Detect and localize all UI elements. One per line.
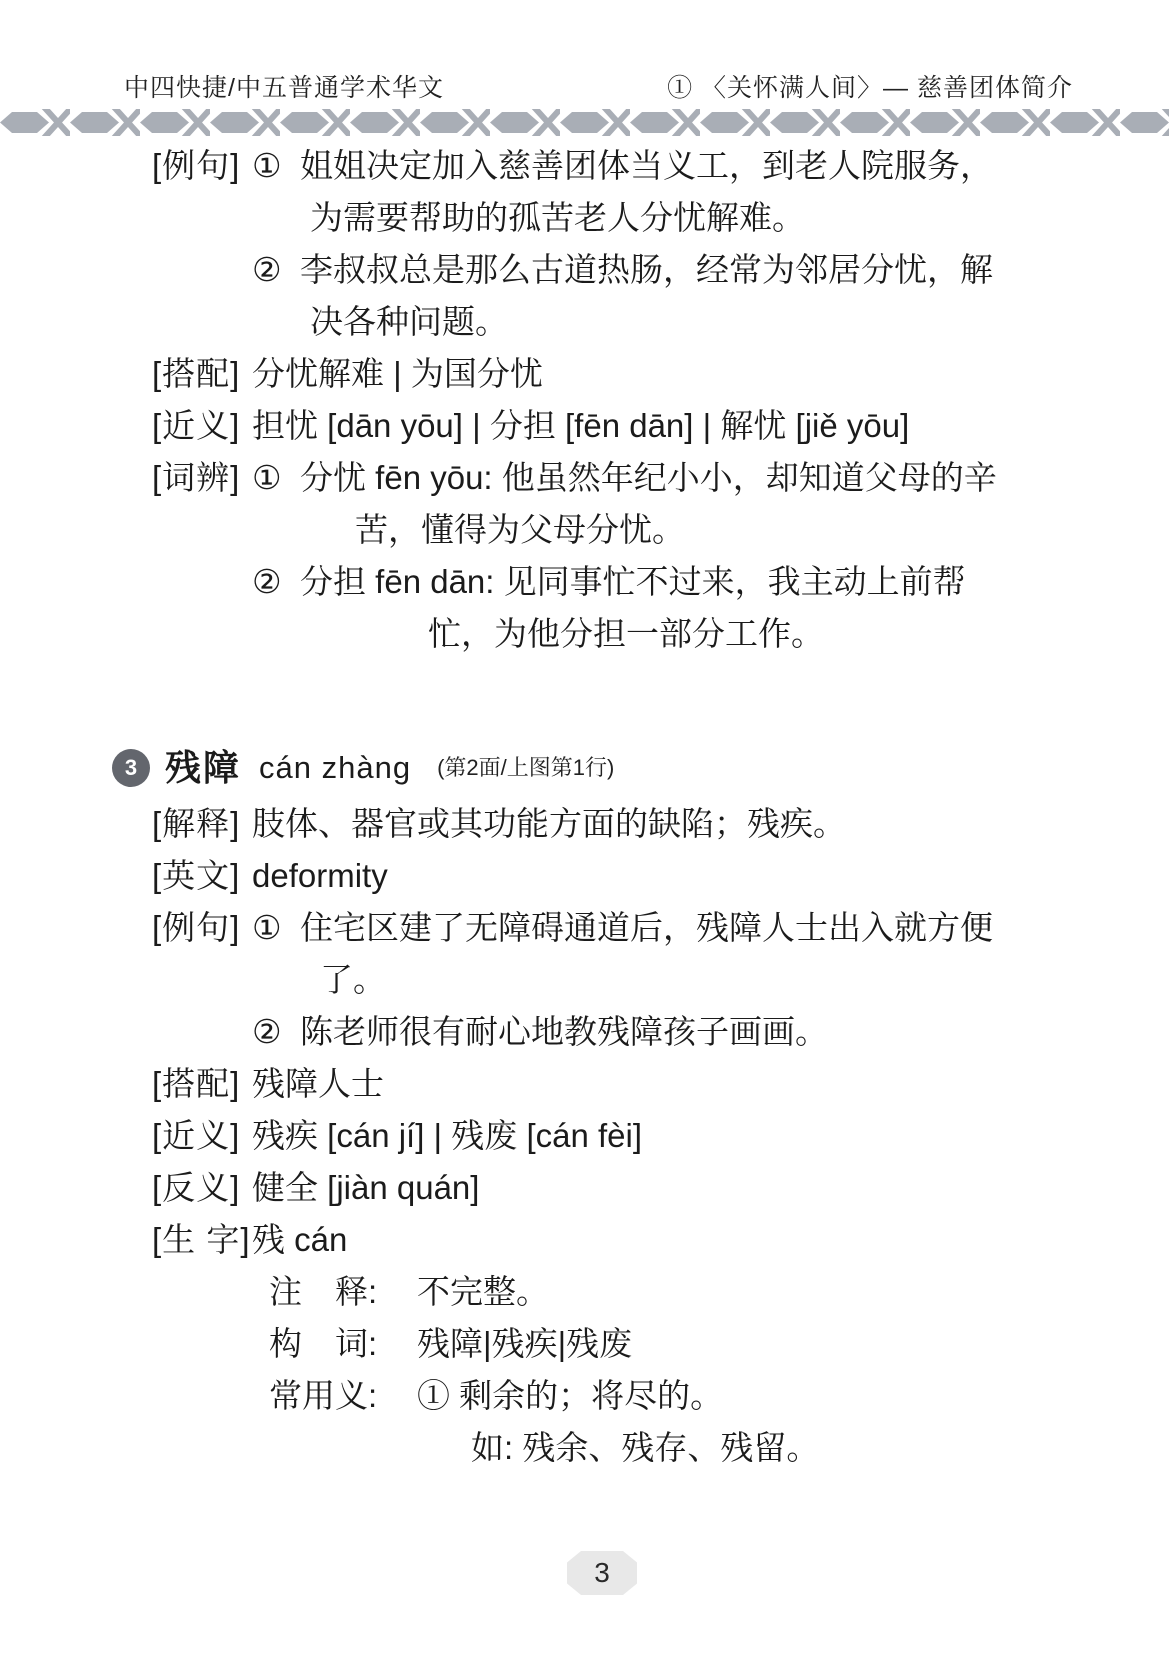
annotation-line: 注 释:不完整。 [152,1266,1109,1318]
field-label-antonym: [反义] [152,1162,252,1214]
antonym-text: 健全 [jiàn quán] [252,1169,479,1206]
item-marker: ① [252,902,300,954]
example-line: [例句]①住宅区建了无障碍通道后，残障人士出入就方便 [152,902,1109,954]
definition-text: 肢体、器官或其功能方面的缺陷；残疾。 [252,805,846,842]
header-chapter-title: ① 〈关怀满人间〉— 慈善团体简介 [667,68,1073,104]
item-marker: ① [252,452,300,504]
entry-number-badge: 3 [112,749,150,787]
new-character-line: [生 字]残 cán [152,1214,1109,1266]
page-number: 3 [594,1557,610,1589]
field-label-definition: [解释] [152,798,252,850]
item-marker: ② [252,1006,300,1058]
item-marker: ② [252,244,300,296]
english-text: deformity [252,857,388,894]
field-label-example: [例句] [152,140,252,192]
entry-heading: 3 残障 cán zhàng (第2面/上图第1行) [112,740,1109,796]
page-body: [例句]①姐姐决定加入慈善团体当义工，到老人院服务， 为需要帮助的孤苦老人分忧解… [152,140,1109,1474]
collocation-line: [搭配]残障人士 [152,1058,1109,1110]
synonym-line: [近义]担忧 [dān yōu] | 分担 [fēn dān] | 解忧 [ji… [152,400,1109,452]
example-line-cont: 决各种问题。 [152,296,1109,348]
discrimination-line-cont: 苦，懂得为父母分忧。 [152,504,1109,556]
chain-pattern-icon [0,109,1169,136]
field-label-example: [例句] [152,902,252,954]
discrimination-text: 分担 fēn dān: 见同事忙不过来，我主动上前帮 [300,563,966,600]
discrimination-text: 分忧 fēn yōu: 他虽然年纪小小，却知道父母的辛 [300,459,997,496]
discrimination-text: 苦，懂得为父母分忧。 [355,511,685,548]
discrimination-line: ②分担 fēn dān: 见同事忙不过来，我主动上前帮 [152,556,1109,608]
new-character-text: 残 cán [252,1221,347,1258]
field-label-collocation: [搭配] [152,1058,252,1110]
example-text: 住宅区建了无障碍通道后，残障人士出入就方便 [300,909,993,946]
definition-line: [解释]肢体、器官或其功能方面的缺陷；残疾。 [152,798,1109,850]
common-meaning-example-line: 如: 残余、残存、残留。 [152,1422,1109,1474]
example-line: [例句]①姐姐决定加入慈善团体当义工，到老人院服务， [152,140,1109,192]
word-formation-line: 构 词:残障|残疾|残废 [152,1318,1109,1370]
example-text: 李叔叔总是那么古道热肠，经常为邻居分忧，解 [300,251,993,288]
discrimination-line-cont: 忙，为他分担一部分工作。 [152,608,1109,660]
synonym-text: 担忧 [dān yōu] | 分担 [fēn dān] | 解忧 [jiě yō… [252,407,909,444]
word-formation-value: 残障|残疾|残废 [417,1325,632,1362]
collocation-text: 分忧解难 | 为国分忧 [252,355,543,392]
synonym-text: 残疾 [cán jí] | 残废 [cán fèi] [252,1117,642,1154]
example-text: 决各种问题。 [310,303,508,340]
example-line: ②李叔叔总是那么古道热肠，经常为邻居分忧，解 [152,244,1109,296]
example-line: ②陈老师很有耐心地教残障孩子画画。 [152,1006,1109,1058]
english-line: [英文]deformity [152,850,1109,902]
example-line-cont: 为需要帮助的孤苦老人分忧解难。 [152,192,1109,244]
common-meaning-key: 常用义: [269,1370,417,1422]
header-course-title: 中四快捷/中五普通学术华文 [124,68,444,104]
field-label-synonym: [近义] [152,1110,252,1162]
decorative-border [0,109,1169,136]
example-text: 陈老师很有耐心地教残障孩子画画。 [300,1013,828,1050]
entry-headword: 残障 [165,740,241,796]
collocation-line: [搭配]分忧解难 | 为国分忧 [152,348,1109,400]
discrimination-line: [词辨]①分忧 fēn yōu: 他虽然年纪小小，却知道父母的辛 [152,452,1109,504]
field-label-new-character: [生 字] [152,1214,252,1266]
page-number-badge: 3 [567,1551,637,1595]
example-line-cont: 了。 [152,954,1109,1006]
common-meaning-example: 如: 残余、残存、残留。 [471,1429,819,1466]
common-meaning-line: 常用义:① 剩余的；将尽的。 [152,1370,1109,1422]
item-marker: ② [252,556,300,608]
field-label-synonym: [近义] [152,400,252,452]
discrimination-text: 忙，为他分担一部分工作。 [428,615,824,652]
antonym-line: [反义]健全 [jiàn quán] [152,1162,1109,1214]
textbook-page: 中四快捷/中五普通学术华文 ① 〈关怀满人间〉— 慈善团体简介 [例句]①姐姐决… [0,0,1169,1659]
annotation-key: 注 释: [269,1266,417,1318]
synonym-line: [近义]残疾 [cán jí] | 残废 [cán fèi] [152,1110,1109,1162]
entry-pinyin: cán zhàng [259,740,411,796]
example-text: 了。 [320,961,386,998]
collocation-text: 残障人士 [252,1065,384,1102]
item-marker: ① [252,140,300,192]
field-label-english: [英文] [152,850,252,902]
field-label-collocation: [搭配] [152,348,252,400]
page-header: 中四快捷/中五普通学术华文 ① 〈关怀满人间〉— 慈善团体简介 [124,68,1073,104]
field-label-discrimination: [词辨] [152,452,252,504]
word-formation-key: 构 词: [269,1318,417,1370]
common-meaning-value: ① 剩余的；将尽的。 [417,1377,723,1414]
annotation-value: 不完整。 [417,1273,549,1310]
entry-source-note: (第2面/上图第1行) [437,740,614,796]
example-text: 姐姐决定加入慈善团体当义工，到老人院服务， [300,147,993,184]
example-text: 为需要帮助的孤苦老人分忧解难。 [310,199,805,236]
